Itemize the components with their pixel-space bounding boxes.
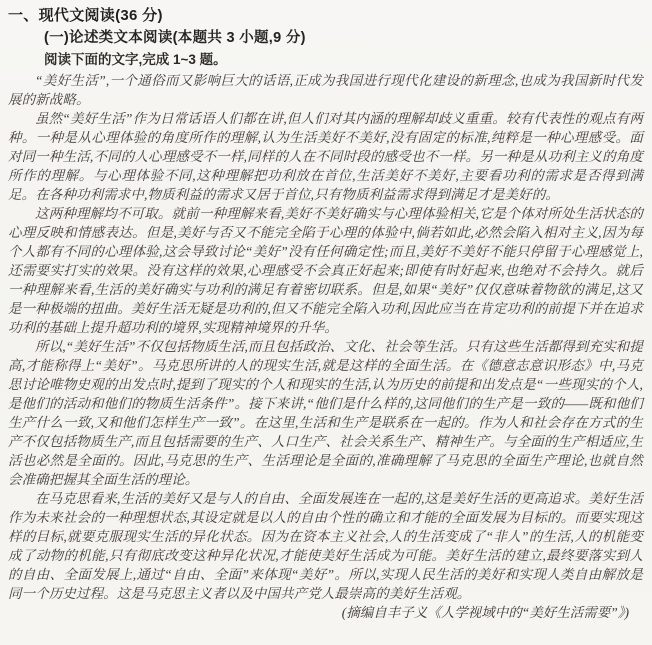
instruction-line: 阅读下面的文字,完成 1~3 题。 (8, 49, 643, 71)
article-paragraph-5: 在马克思看来,生活的美好又是与人的自由、全面发展连在一起的,这是美好生活的更高追… (8, 489, 643, 603)
exam-page: 一、现代文阅读(36 分) (一)论述类文本阅读(本题共 3 小题,9 分) 阅… (0, 0, 652, 645)
article-paragraph-1: “美好生活”,一个通俗而又影响巨大的话语,正成为我国进行现代化建设的新理念,也成… (8, 71, 643, 109)
article-paragraph-3: 这两种理解均不可取。就前一种理解来看,美好不美好确实与心理体验相关,它是个体对所… (8, 204, 643, 337)
section-heading: 一、现代文阅读(36 分) (8, 5, 643, 27)
article-paragraph-2: 虽然“美好生活”作为日常话语人们都在讲,但人们对其内涵的理解却歧义重重。较有代表… (8, 109, 643, 204)
source-attribution: (摘编自丰子义《人学视域中的“美好生活需要”》) (8, 603, 643, 622)
article-paragraph-4: 所以,“美好生活”不仅包括物质生活,而且包括政治、文化、社会等生活。只有这些生活… (8, 337, 643, 489)
subsection-heading: (一)论述类文本阅读(本题共 3 小题,9 分) (8, 27, 643, 49)
